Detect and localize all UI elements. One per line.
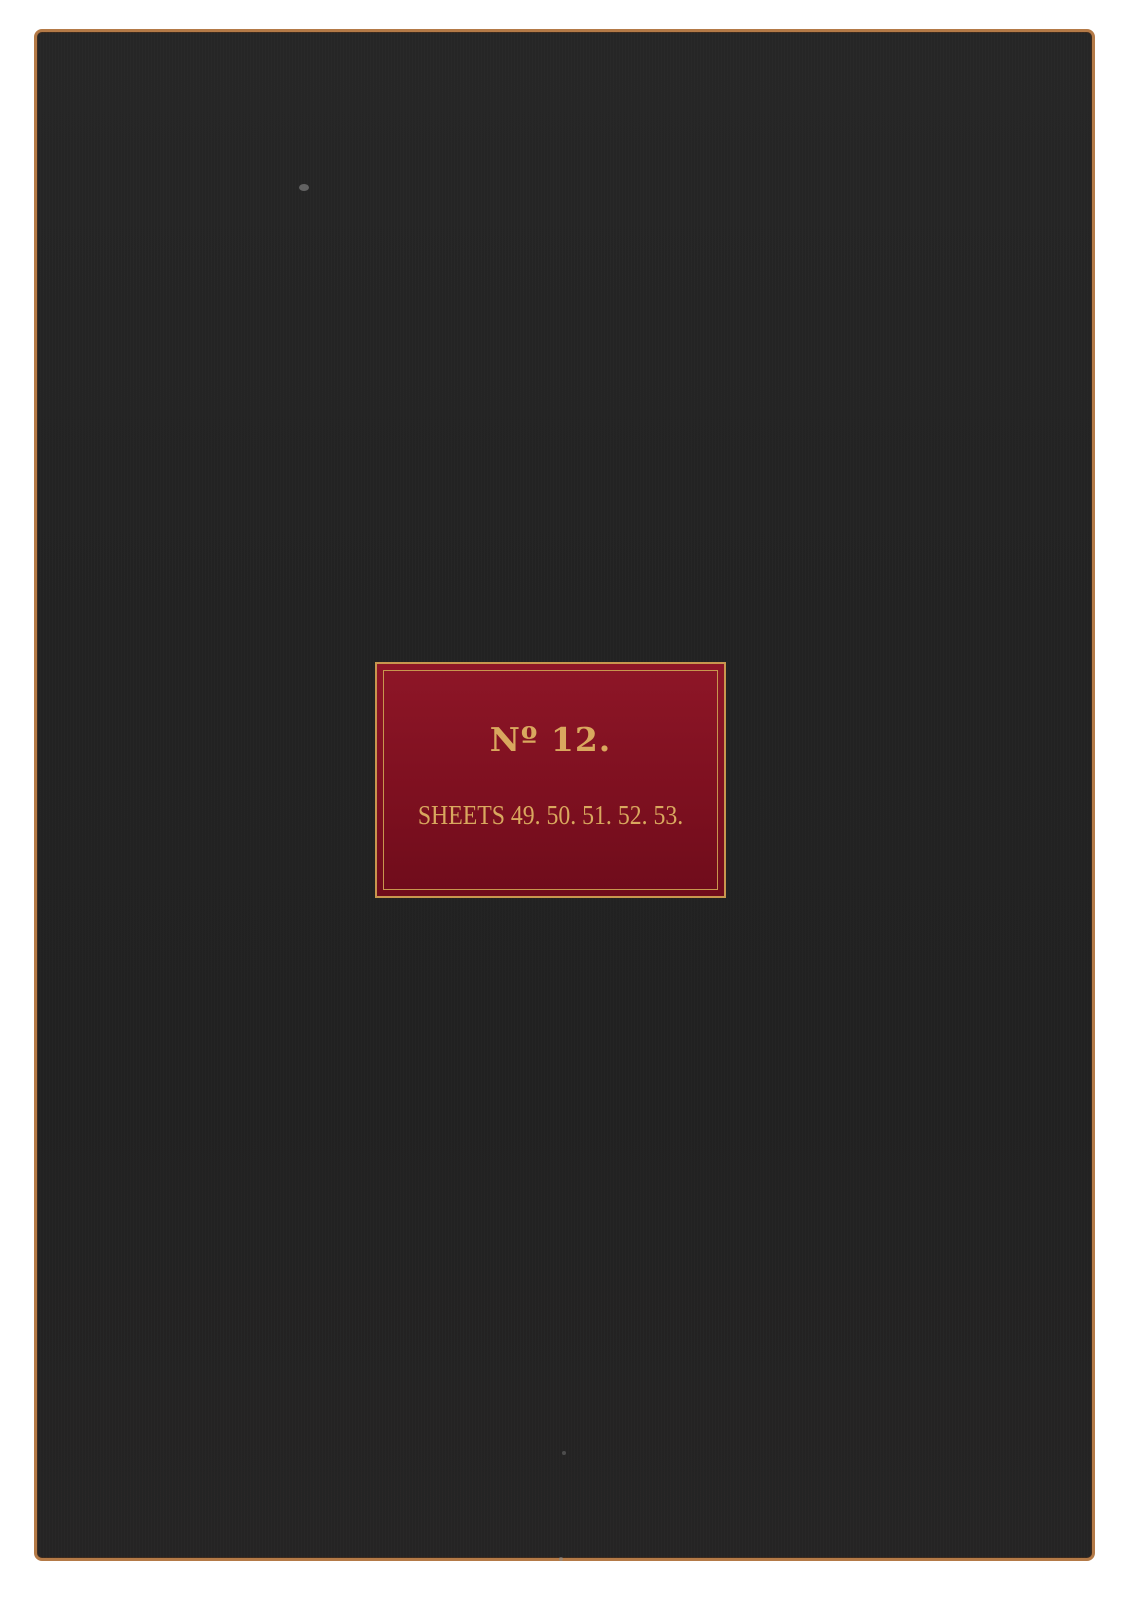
wear-mark [559,1557,563,1561]
volume-number: Nº 12. [377,720,724,759]
wear-mark [299,184,309,191]
wear-mark [562,1451,566,1455]
cover-label: Nº 12. SHEETS 49. 50. 51. 52. 53. [375,662,726,898]
label-border [383,670,718,890]
sheets-list: SHEETS 49. 50. 51. 52. 53. [398,800,703,831]
